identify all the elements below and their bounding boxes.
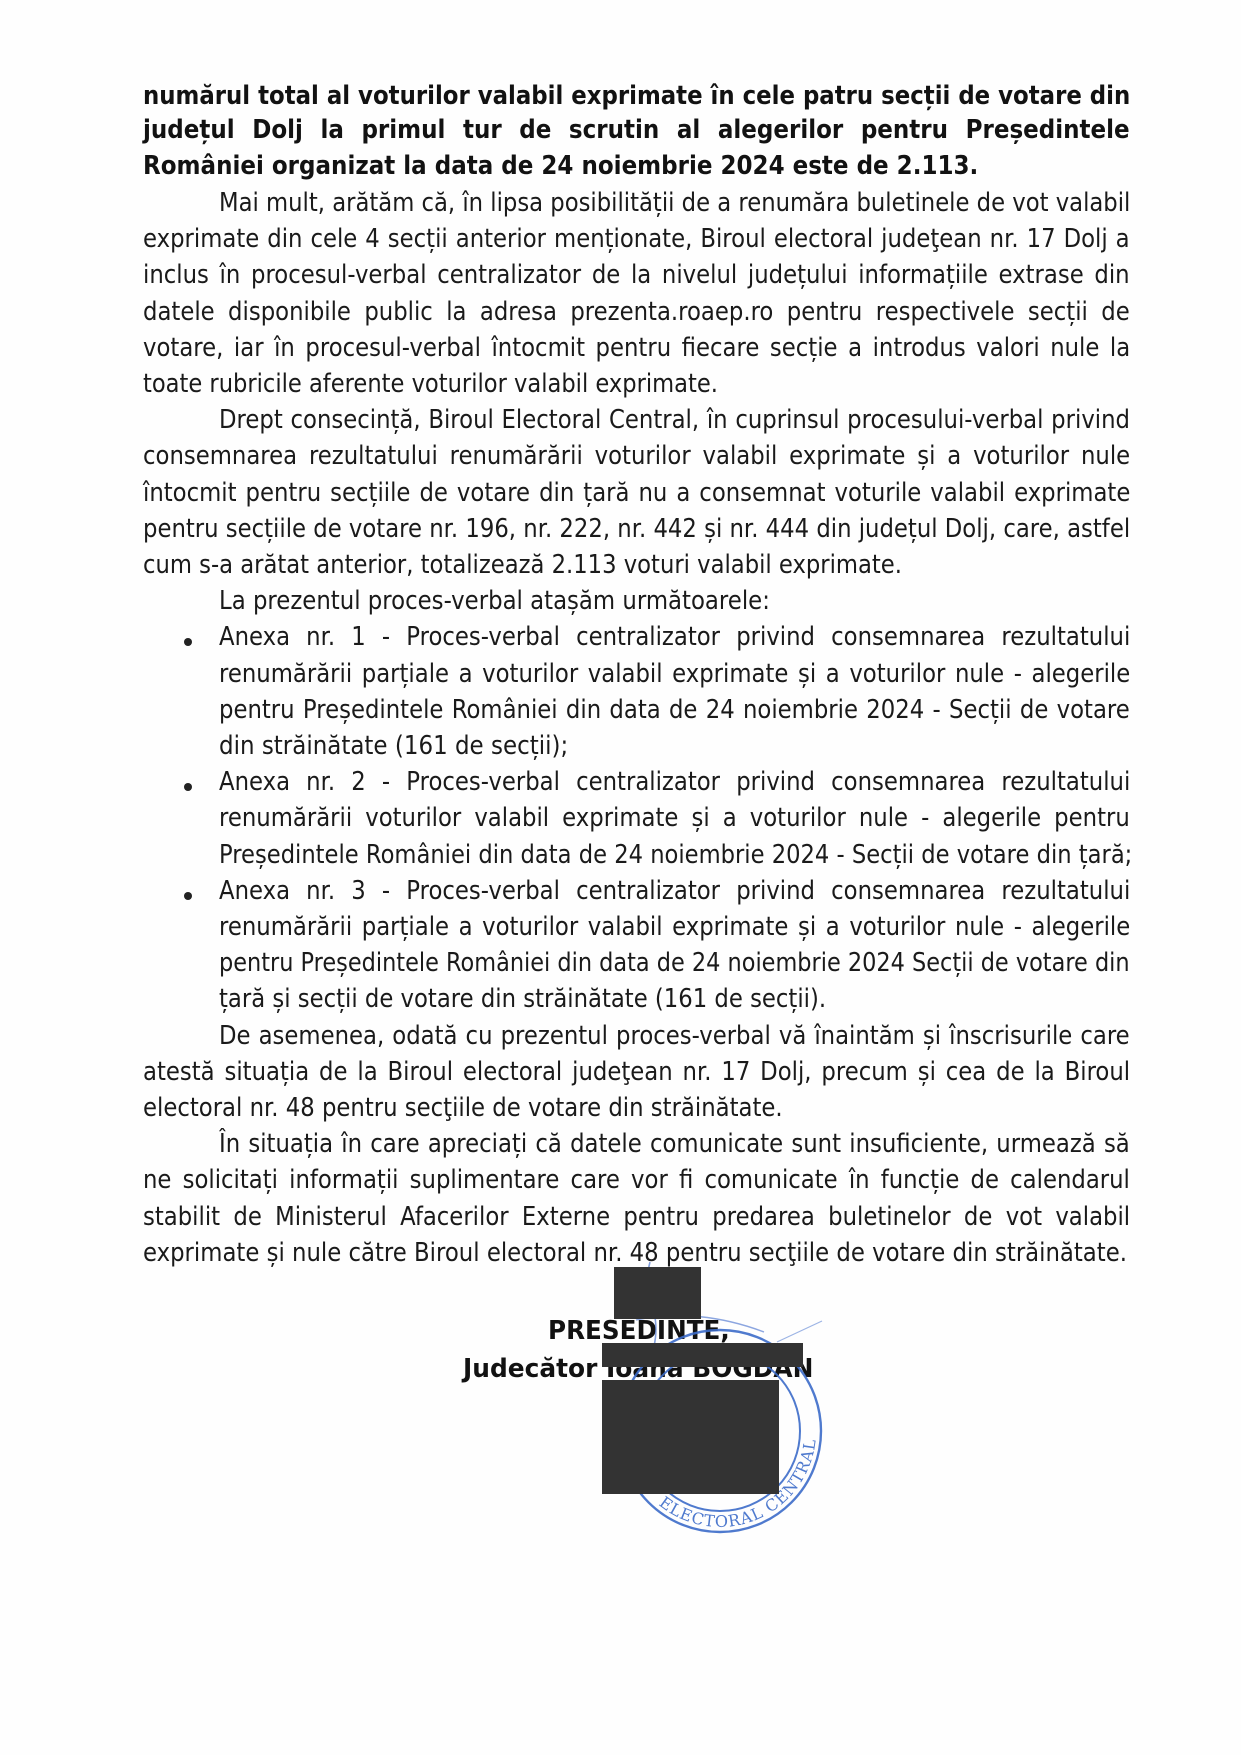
text-line-content: votare, iar în procesul-verbal întocmit … xyxy=(143,330,1130,366)
text-line: Anexa nr. 3 - Proces-verbal centralizato… xyxy=(219,873,1130,909)
text-line-content: exprimate din cele 4 secții anterior men… xyxy=(143,221,1130,257)
document-page: numărul total al voturilor valabil expri… xyxy=(0,0,1241,1755)
text-line: De asemenea, odată cu prezentul proces-v… xyxy=(219,1018,1130,1054)
text-line: întocmit pentru secțiile de votare din ț… xyxy=(143,475,1130,511)
text-line-content: întocmit pentru secțiile de votare din ț… xyxy=(143,475,1130,511)
text-line-content: renumărării parțiale a voturilor valabil… xyxy=(219,909,1130,945)
text-line-content: județul Dolj la primul tur de scrutin al… xyxy=(143,112,1130,148)
redaction-box xyxy=(614,1267,701,1319)
text-line: Drept consecință, Biroul Electoral Centr… xyxy=(219,402,1130,438)
text-line-content: În situația în care apreciați că datele … xyxy=(219,1126,1130,1162)
text-line-content: pentru Președintele României din data de… xyxy=(219,945,1130,981)
text-line-content: Anexa nr. 2 - Proces-verbal centralizato… xyxy=(219,764,1130,800)
redaction-box xyxy=(602,1380,779,1494)
text-line-content: pentru secțiile de votare nr. 196, nr. 2… xyxy=(143,511,1130,547)
signature-stroke xyxy=(777,1321,822,1342)
text-line-content: De asemenea, odată cu prezentul proces-v… xyxy=(219,1018,1130,1054)
bullet-icon xyxy=(184,638,192,646)
bullet-icon xyxy=(184,783,192,791)
text-line-content: Mai mult, arătăm că, în lipsa posibilită… xyxy=(219,185,1130,221)
text-line: inclus în procesul-verbal centralizator … xyxy=(143,257,1130,293)
text-line-content: din străinătate (161 de secții); xyxy=(219,728,568,764)
text-line-content: numărul total al voturilor valabil expri… xyxy=(143,78,1130,114)
text-line-content: La prezentul proces-verbal atașăm următo… xyxy=(219,583,770,619)
text-line: toate rubricile aferente voturilor valab… xyxy=(143,366,718,402)
text-line: Anexa nr. 2 - Proces-verbal centralizato… xyxy=(219,764,1130,800)
text-line: pentru Președintele României din data de… xyxy=(219,692,1130,728)
text-line: pentru Președintele României din data de… xyxy=(219,945,1130,981)
text-line-content: renumărării voturilor valabil exprimate … xyxy=(219,800,1130,836)
text-line: stabilit de Ministerul Afacerilor Extern… xyxy=(143,1199,1130,1235)
text-line-content: pentru Președintele României din data de… xyxy=(219,692,1130,728)
text-line: Mai mult, arătăm că, în lipsa posibilită… xyxy=(219,185,1130,221)
text-line: La prezentul proces-verbal atașăm următo… xyxy=(219,583,770,619)
text-line: electoral nr. 48 pentru secţiile de vota… xyxy=(143,1090,783,1126)
text-line: Președintele României din data de 24 noi… xyxy=(219,837,1132,873)
text-line-content: ne solicitați informații suplimentare ca… xyxy=(143,1162,1130,1198)
text-line: exprimate din cele 4 secții anterior men… xyxy=(143,221,1130,257)
text-line: județul Dolj la primul tur de scrutin al… xyxy=(143,112,1130,148)
text-line-content: exprimate și nule către Biroul electoral… xyxy=(143,1235,1127,1271)
text-line-content: toate rubricile aferente voturilor valab… xyxy=(143,366,718,402)
redaction-box xyxy=(602,1343,803,1367)
text-line: consemnarea rezultatului renumărării vot… xyxy=(143,438,1130,474)
text-line: exprimate și nule către Biroul electoral… xyxy=(143,1235,1127,1271)
text-line-content: Anexa nr. 3 - Proces-verbal centralizato… xyxy=(219,873,1130,909)
text-line: renumărării parțiale a voturilor valabil… xyxy=(219,909,1130,945)
bullet-icon xyxy=(184,892,192,900)
text-line: renumărării parțiale a voturilor valabil… xyxy=(219,656,1130,692)
text-line-content: Anexa nr. 1 - Proces-verbal centralizato… xyxy=(219,619,1130,655)
text-line-content: stabilit de Ministerul Afacerilor Extern… xyxy=(143,1199,1130,1235)
text-line-content: atestă situația de la Biroul electoral j… xyxy=(143,1054,1130,1090)
text-line-content: țară și secții de votare din străinătate… xyxy=(219,981,826,1017)
text-line-content: inclus în procesul-verbal centralizator … xyxy=(143,257,1130,293)
text-line: României organizat la data de 24 noiembr… xyxy=(143,148,978,184)
text-line: numărul total al voturilor valabil expri… xyxy=(143,78,1130,114)
text-line-content: datele disponibile public la adresa prez… xyxy=(143,294,1130,330)
text-line: țară și secții de votare din străinătate… xyxy=(219,981,826,1017)
text-line: votare, iar în procesul-verbal întocmit … xyxy=(143,330,1130,366)
text-line: pentru secțiile de votare nr. 196, nr. 2… xyxy=(143,511,1130,547)
text-line: din străinătate (161 de secții); xyxy=(219,728,568,764)
text-line-content: României organizat la data de 24 noiembr… xyxy=(143,148,978,184)
text-line: Anexa nr. 1 - Proces-verbal centralizato… xyxy=(219,619,1130,655)
text-line: cum s-a arătat anterior, totalizează 2.1… xyxy=(143,547,902,583)
text-line-content: electoral nr. 48 pentru secţiile de vota… xyxy=(143,1090,783,1126)
text-line: datele disponibile public la adresa prez… xyxy=(143,294,1130,330)
text-line: renumărării voturilor valabil exprimate … xyxy=(219,800,1130,836)
text-line: ne solicitați informații suplimentare ca… xyxy=(143,1162,1130,1198)
text-line-content: consemnarea rezultatului renumărării vot… xyxy=(143,438,1130,474)
text-line-content: cum s-a arătat anterior, totalizează 2.1… xyxy=(143,547,902,583)
text-line-content: Președintele României din data de 24 noi… xyxy=(219,837,1132,873)
text-line: În situația în care apreciați că datele … xyxy=(219,1126,1130,1162)
text-line-content: Drept consecință, Biroul Electoral Centr… xyxy=(219,402,1130,438)
text-line: atestă situația de la Biroul electoral j… xyxy=(143,1054,1130,1090)
text-line-content: renumărării parțiale a voturilor valabil… xyxy=(219,656,1130,692)
